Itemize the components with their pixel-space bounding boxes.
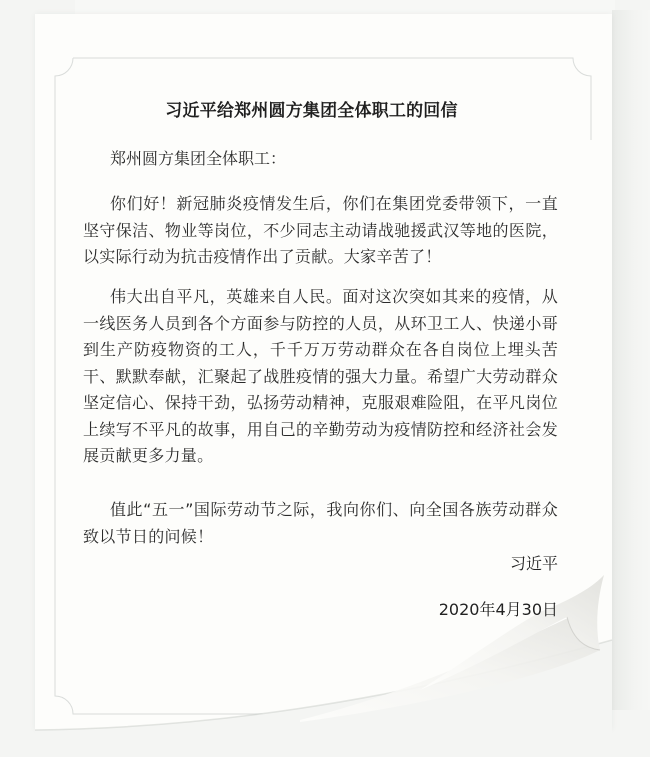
letter-date: 2020年4月30日 bbox=[439, 597, 558, 620]
paragraph-1: 你们好！新冠肺炎疫情发生后，你们在集团党委带领下，一直坚守保洁、物业等岗位，不少… bbox=[83, 191, 558, 271]
letter-signature: 习近平 bbox=[510, 551, 558, 574]
paper-shadow-bottom bbox=[40, 728, 600, 757]
backdrop-top bbox=[75, 0, 615, 14]
paragraph-3: 值此“五一”国际劳动节之际，我向你们、向全国各族劳动群众致以节日的问候！ bbox=[83, 497, 558, 550]
paragraph-2: 伟大出自平凡，英雄来自人民。面对这次突如其来的疫情，从一线医务人员到各个方面参与… bbox=[83, 284, 558, 470]
letter-greeting: 郑州圆方集团全体职工： bbox=[110, 146, 286, 169]
letter-title: 习近平给郑州圆方集团全体职工的回信 bbox=[0, 96, 560, 121]
backdrop-shadow-right bbox=[612, 10, 650, 710]
